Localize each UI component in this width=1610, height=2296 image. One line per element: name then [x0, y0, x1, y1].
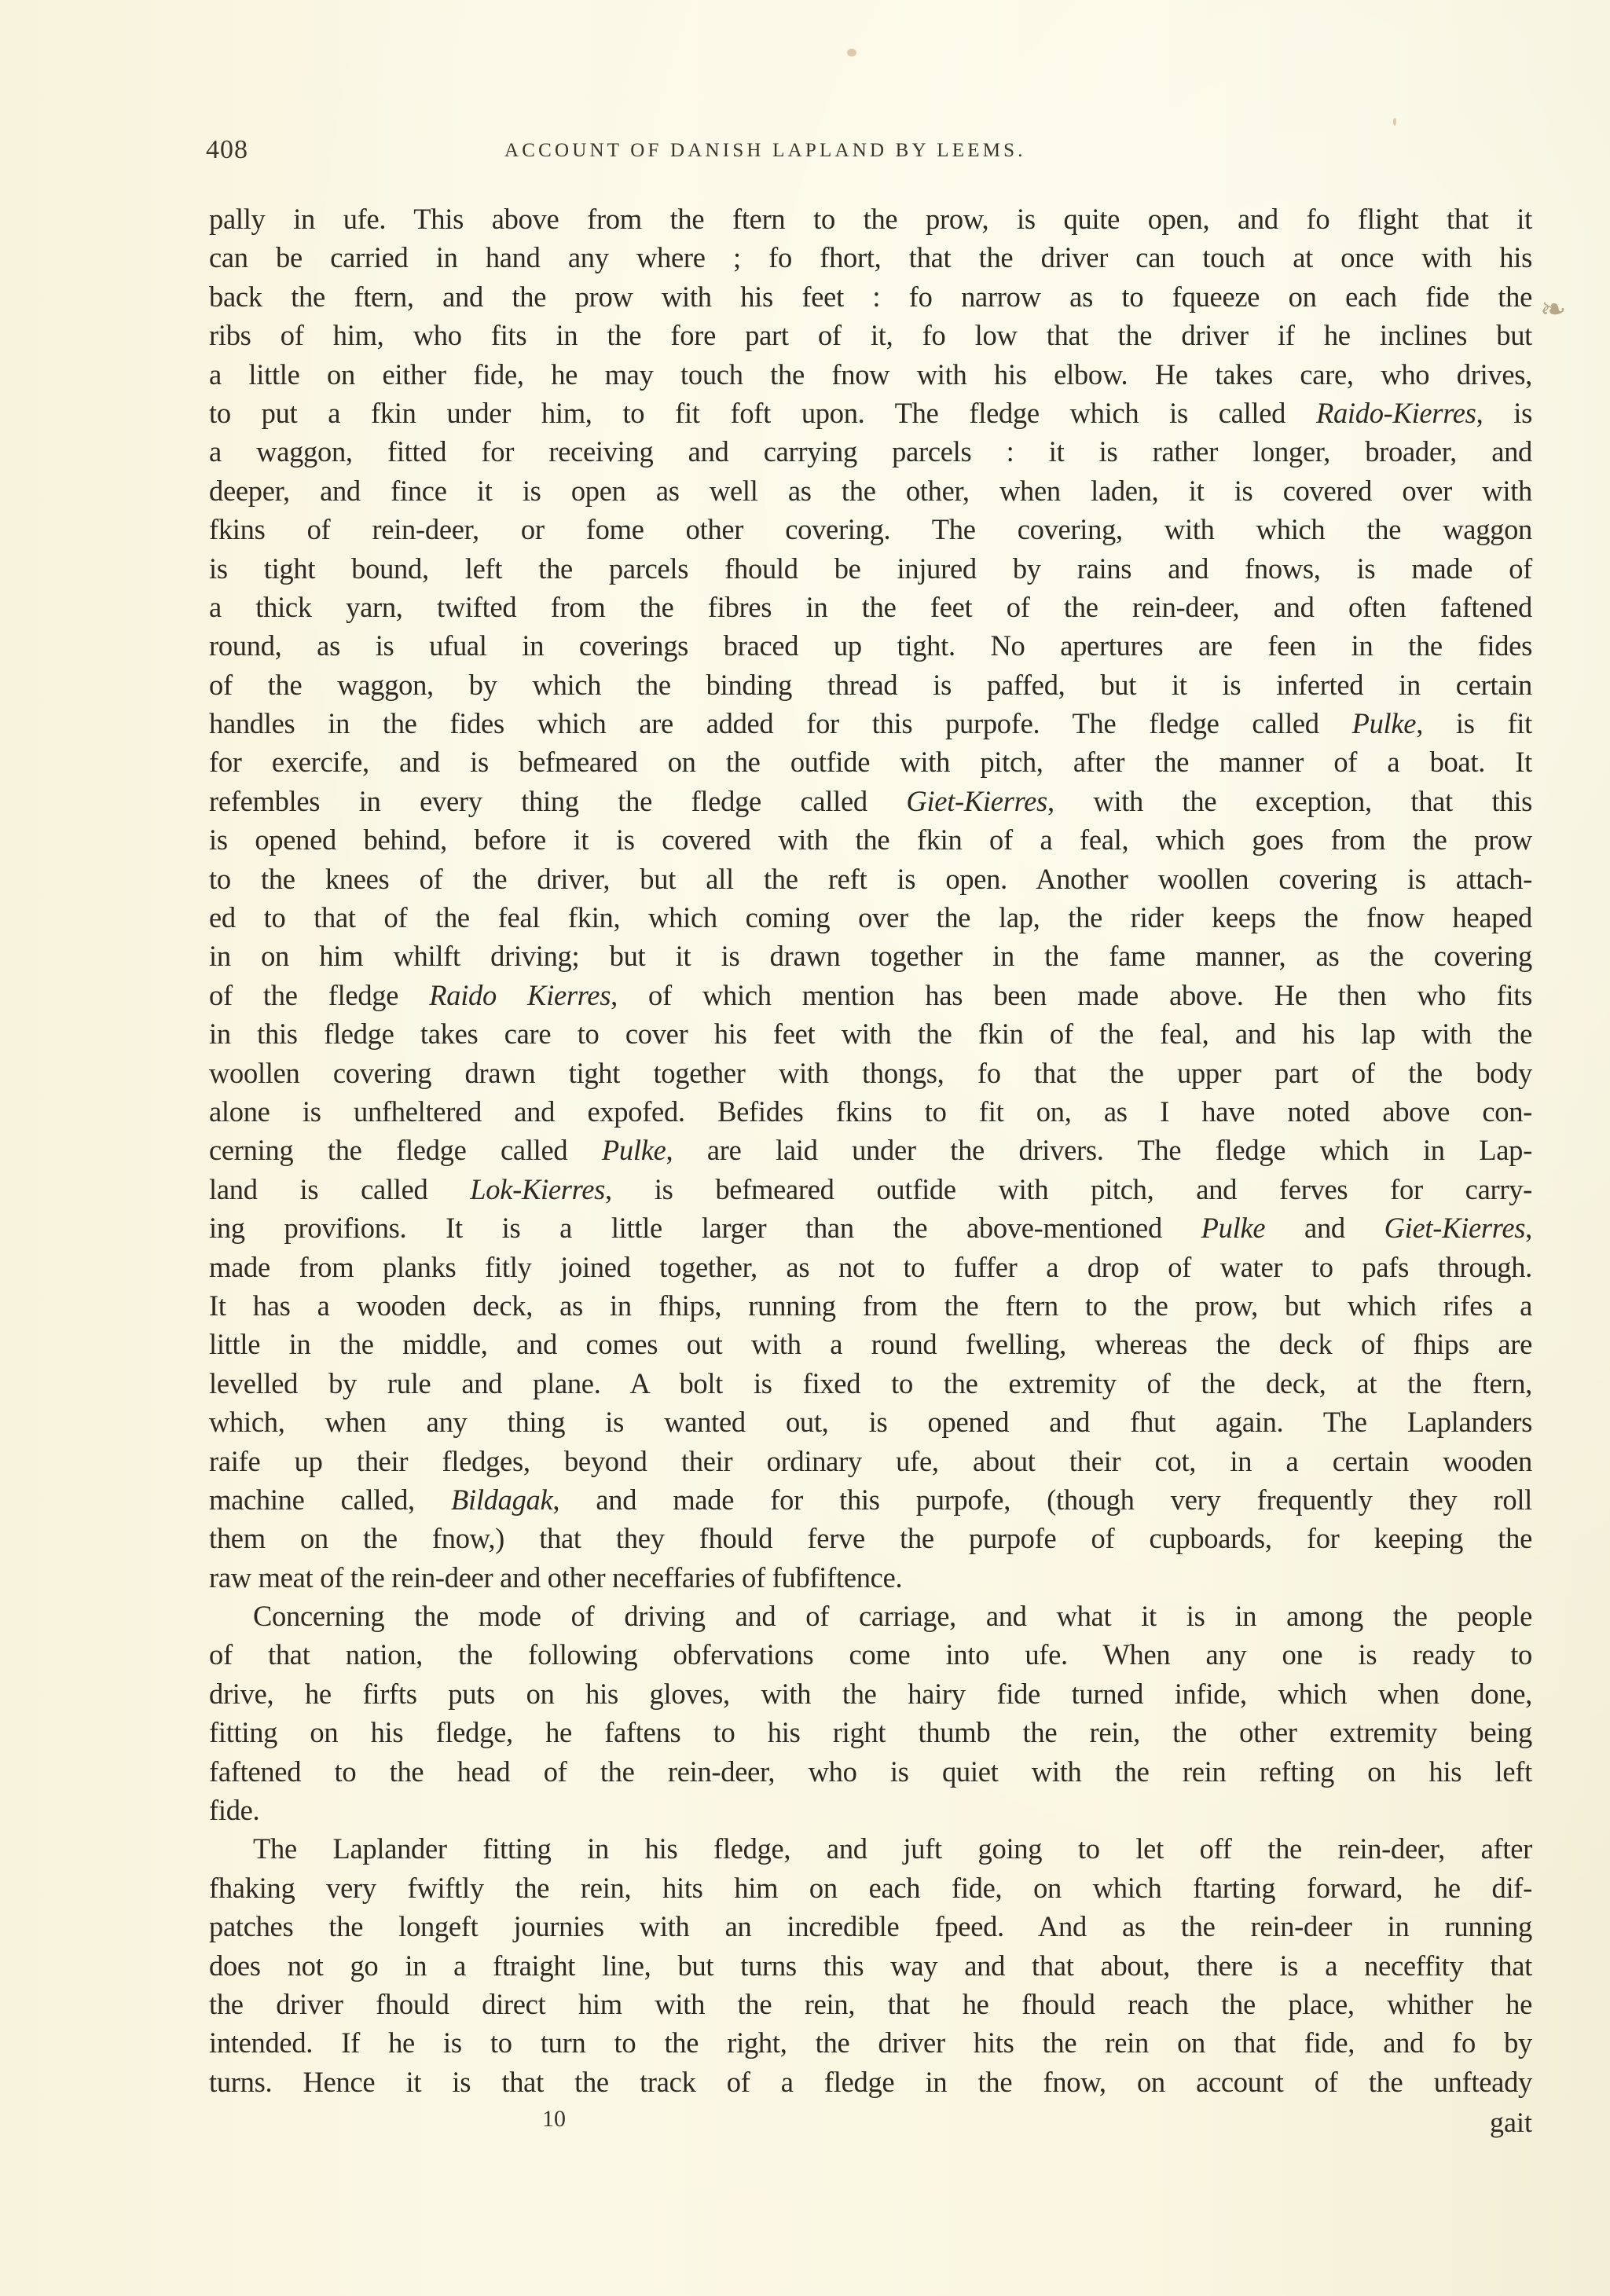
text-segment: of the waggon, by which the binding thre… [209, 669, 1532, 701]
text-segment: deeper, and fince it is open as well as … [209, 475, 1532, 507]
running-title: ACCOUNT OF DANISH LAPLAND BY LEEMS. [504, 140, 1026, 162]
text-line: in this fledge takes care to cover his f… [209, 1014, 1532, 1053]
text-segment: turns. Hence it is that the track of a f… [209, 2066, 1532, 2098]
text-segment: It has a wooden deck, as in fhips, runni… [209, 1289, 1532, 1322]
text-line: which, when any thing is wanted out, is … [209, 1403, 1532, 1441]
text-segment: faftened to the head of the rein-deer, w… [209, 1755, 1532, 1788]
text-segment: a little on either fide, he may touch th… [209, 358, 1532, 391]
text-line: levelled by rule and plane. A bolt is fi… [209, 1364, 1532, 1403]
text-segment: of that nation, the following obfervatio… [209, 1638, 1532, 1671]
text-line: can be carried in hand any where ; fo fh… [209, 238, 1532, 277]
text-segment: machine called, [209, 1484, 451, 1516]
text-segment: , [1525, 1212, 1532, 1244]
text-segment: , and made for this purpofe, (though ver… [552, 1484, 1532, 1516]
text-segment: and [1265, 1212, 1384, 1244]
paper-speck [1393, 118, 1396, 126]
text-line: land is called Lok-Kierres, is befmeared… [209, 1170, 1532, 1209]
text-line: raw meat of the rein-deer and other nece… [209, 1558, 1532, 1597]
text-line: made from planks fitly joined together, … [209, 1248, 1532, 1286]
text-segment: which, when any thing is wanted out, is … [209, 1406, 1532, 1438]
text-segment: is tight bound, left the parcels fhould … [209, 552, 1532, 585]
text-line: deeper, and fince it is open as well as … [209, 471, 1532, 510]
text-segment: round, as is ufual in coverings braced u… [209, 629, 1532, 662]
text-line: raife up their fledges, beyond their ord… [209, 1442, 1532, 1480]
text-segment: little in the middle, and comes out with… [209, 1328, 1532, 1360]
text-line: ribs of him, who fits in the fore part o… [209, 316, 1532, 354]
text-segment: raw meat of the rein-deer and other nece… [209, 1561, 902, 1594]
text-segment: , is fit [1416, 707, 1532, 739]
text-segment: handles in the fides which are added for… [209, 707, 1352, 739]
italic-term: Bildagak [451, 1484, 552, 1516]
italic-term: Raido Kierres [429, 979, 611, 1011]
catchword: gait [1490, 2106, 1532, 2139]
italic-term: Pulke [602, 1134, 666, 1166]
running-head: 408 ACCOUNT OF DANISH LAPLAND BY LEEMS. [206, 134, 1510, 165]
text-segment: the driver fhould direct him with the re… [209, 1988, 1532, 2020]
text-segment: , is [1476, 397, 1532, 429]
text-line: drive, he firfts puts on his gloves, wit… [209, 1674, 1532, 1713]
text-line: fkins of rein-deer, or fome other coveri… [209, 510, 1532, 548]
text-line: round, as is ufual in coverings braced u… [209, 626, 1532, 665]
text-line: does not go in a ftraight line, but turn… [209, 1946, 1532, 1985]
paper-speck [847, 49, 856, 57]
italic-term: Pulke [1201, 1212, 1266, 1244]
italic-term: Lok-Kierres [470, 1173, 605, 1205]
text-segment: a waggon, fitted for receiving and carry… [209, 435, 1532, 468]
text-line: fide. [209, 1791, 1532, 1829]
text-segment: them on the fnow,) that they fhould ferv… [209, 1522, 1532, 1554]
text-line: handles in the fides which are added for… [209, 704, 1532, 743]
text-segment: drive, he firfts puts on his gloves, wit… [209, 1678, 1532, 1710]
text-line: patches the longeft journies with an inc… [209, 1907, 1532, 1946]
text-line: is tight bound, left the parcels fhould … [209, 549, 1532, 588]
text-segment: pally in ufe. This above from the ftern … [209, 203, 1532, 235]
text-line: ed to that of the feal fkin, which comin… [209, 898, 1532, 937]
text-line: back the ftern, and the prow with his fe… [209, 277, 1532, 316]
text-segment: , is befmeared outfide with pitch, and f… [605, 1173, 1532, 1205]
text-line: The Laplander fitting in his fledge, and… [209, 1829, 1532, 1868]
text-line: the driver fhould direct him with the re… [209, 1985, 1532, 2023]
text-segment: raife up their fledges, beyond their ord… [209, 1445, 1532, 1477]
text-segment: back the ftern, and the prow with his fe… [209, 281, 1532, 313]
text-line: little in the middle, and comes out with… [209, 1325, 1532, 1363]
text-line: cerning the fledge called Pulke, are lai… [209, 1131, 1532, 1169]
text-segment: ribs of him, who fits in the fore part o… [209, 319, 1532, 351]
text-segment: The Laplander fitting in his fledge, and… [253, 1832, 1532, 1865]
text-segment: , of which mention has been made above. … [611, 979, 1532, 1011]
italic-term: Giet-Kierres [906, 785, 1047, 817]
margin-mark: ❧ [1540, 291, 1567, 328]
text-segment: for exercife, and is befmeared on the ou… [209, 746, 1532, 778]
text-segment: refembles in every thing the fledge call… [209, 785, 906, 817]
text-segment: ing provifions. It is a little larger th… [209, 1212, 1201, 1244]
text-segment: fkins of rein-deer, or fome other coveri… [209, 513, 1532, 545]
text-segment: to put a fkin under him, to fit foft upo… [209, 397, 1316, 429]
text-segment: Concerning the mode of driving and of ca… [253, 1600, 1532, 1632]
text-line: fitting on his fledge, he faftens to his… [209, 1713, 1532, 1751]
text-segment: can be carried in hand any where ; fo fh… [209, 241, 1532, 273]
text-segment: alone is unfheltered and expofed. Befide… [209, 1095, 1532, 1128]
text-segment: patches the longeft journies with an inc… [209, 1910, 1532, 1942]
text-line: Concerning the mode of driving and of ca… [209, 1597, 1532, 1635]
text-line: for exercife, and is befmeared on the ou… [209, 743, 1532, 781]
text-segment: land is called [209, 1173, 470, 1205]
text-line: It has a wooden deck, as in fhips, runni… [209, 1286, 1532, 1325]
text-segment: is opened behind, before it is covered w… [209, 823, 1532, 856]
page-footer: 10 gait [209, 2106, 1532, 2153]
text-segment: fitting on his fledge, he faftens to his… [209, 1716, 1532, 1748]
italic-term: Raido-Kierres [1316, 397, 1476, 429]
text-line: woollen covering drawn tight together wi… [209, 1054, 1532, 1092]
text-line: of that nation, the following obfervatio… [209, 1635, 1532, 1674]
text-line: of the waggon, by which the binding thre… [209, 666, 1532, 704]
text-segment: fhaking very fwiftly the rein, hits him … [209, 1872, 1532, 1904]
text-line: a thick yarn, twifted from the fibres in… [209, 588, 1532, 626]
text-line: them on the fnow,) that they fhould ferv… [209, 1519, 1532, 1557]
text-line: turns. Hence it is that the track of a f… [209, 2063, 1532, 2101]
text-segment: cerning the fledge called [209, 1134, 602, 1166]
text-line: is opened behind, before it is covered w… [209, 820, 1532, 859]
text-line: to put a fkin under him, to fit foft upo… [209, 394, 1532, 432]
text-line: ing provifions. It is a little larger th… [209, 1209, 1532, 1247]
text-line: pally in ufe. This above from the ftern … [209, 200, 1532, 238]
text-segment: to the knees of the driver, but all the … [209, 863, 1532, 895]
text-segment: woollen covering drawn tight together wi… [209, 1057, 1532, 1089]
text-line: in on him whilft driving; but it is draw… [209, 937, 1532, 975]
text-segment: levelled by rule and plane. A bolt is fi… [209, 1367, 1532, 1399]
italic-term: Giet-Kierres [1384, 1212, 1526, 1244]
text-segment: made from planks fitly joined together, … [209, 1251, 1532, 1283]
italic-term: Pulke [1352, 707, 1417, 739]
text-line: intended. If he is to turn to the right,… [209, 2023, 1532, 2062]
text-segment: , with the exception, that this [1047, 785, 1532, 817]
text-segment: ed to that of the feal fkin, which comin… [209, 901, 1532, 933]
text-line: refembles in every thing the fledge call… [209, 782, 1532, 820]
text-segment: intended. If he is to turn to the right,… [209, 2026, 1532, 2059]
text-segment: , are laid under the drivers. The fledge… [666, 1134, 1533, 1166]
page-number: 408 [206, 135, 248, 165]
text-line: alone is unfheltered and expofed. Befide… [209, 1092, 1532, 1131]
text-segment: a thick yarn, twifted from the fibres in… [209, 591, 1532, 623]
text-segment: of the fledge [209, 979, 429, 1011]
text-segment: fide. [209, 1794, 259, 1826]
text-line: of the fledge Raido Kierres, of which me… [209, 976, 1532, 1014]
text-line: to the knees of the driver, but all the … [209, 860, 1532, 898]
signature-mark: 10 [542, 2106, 566, 2133]
text-segment: in this fledge takes care to cover his f… [209, 1018, 1532, 1050]
text-line: a little on either fide, he may touch th… [209, 355, 1532, 394]
text-segment: in on him whilft driving; but it is draw… [209, 940, 1532, 972]
text-line: faftened to the head of the rein-deer, w… [209, 1752, 1532, 1791]
text-line: machine called, Bildagak, and made for t… [209, 1480, 1532, 1519]
text-line: fhaking very fwiftly the rein, hits him … [209, 1869, 1532, 1907]
body-text: pally in ufe. This above from the ftern … [209, 200, 1532, 2101]
text-line: a waggon, fitted for receiving and carry… [209, 432, 1532, 471]
text-segment: does not go in a ftraight line, but turn… [209, 1949, 1532, 1982]
